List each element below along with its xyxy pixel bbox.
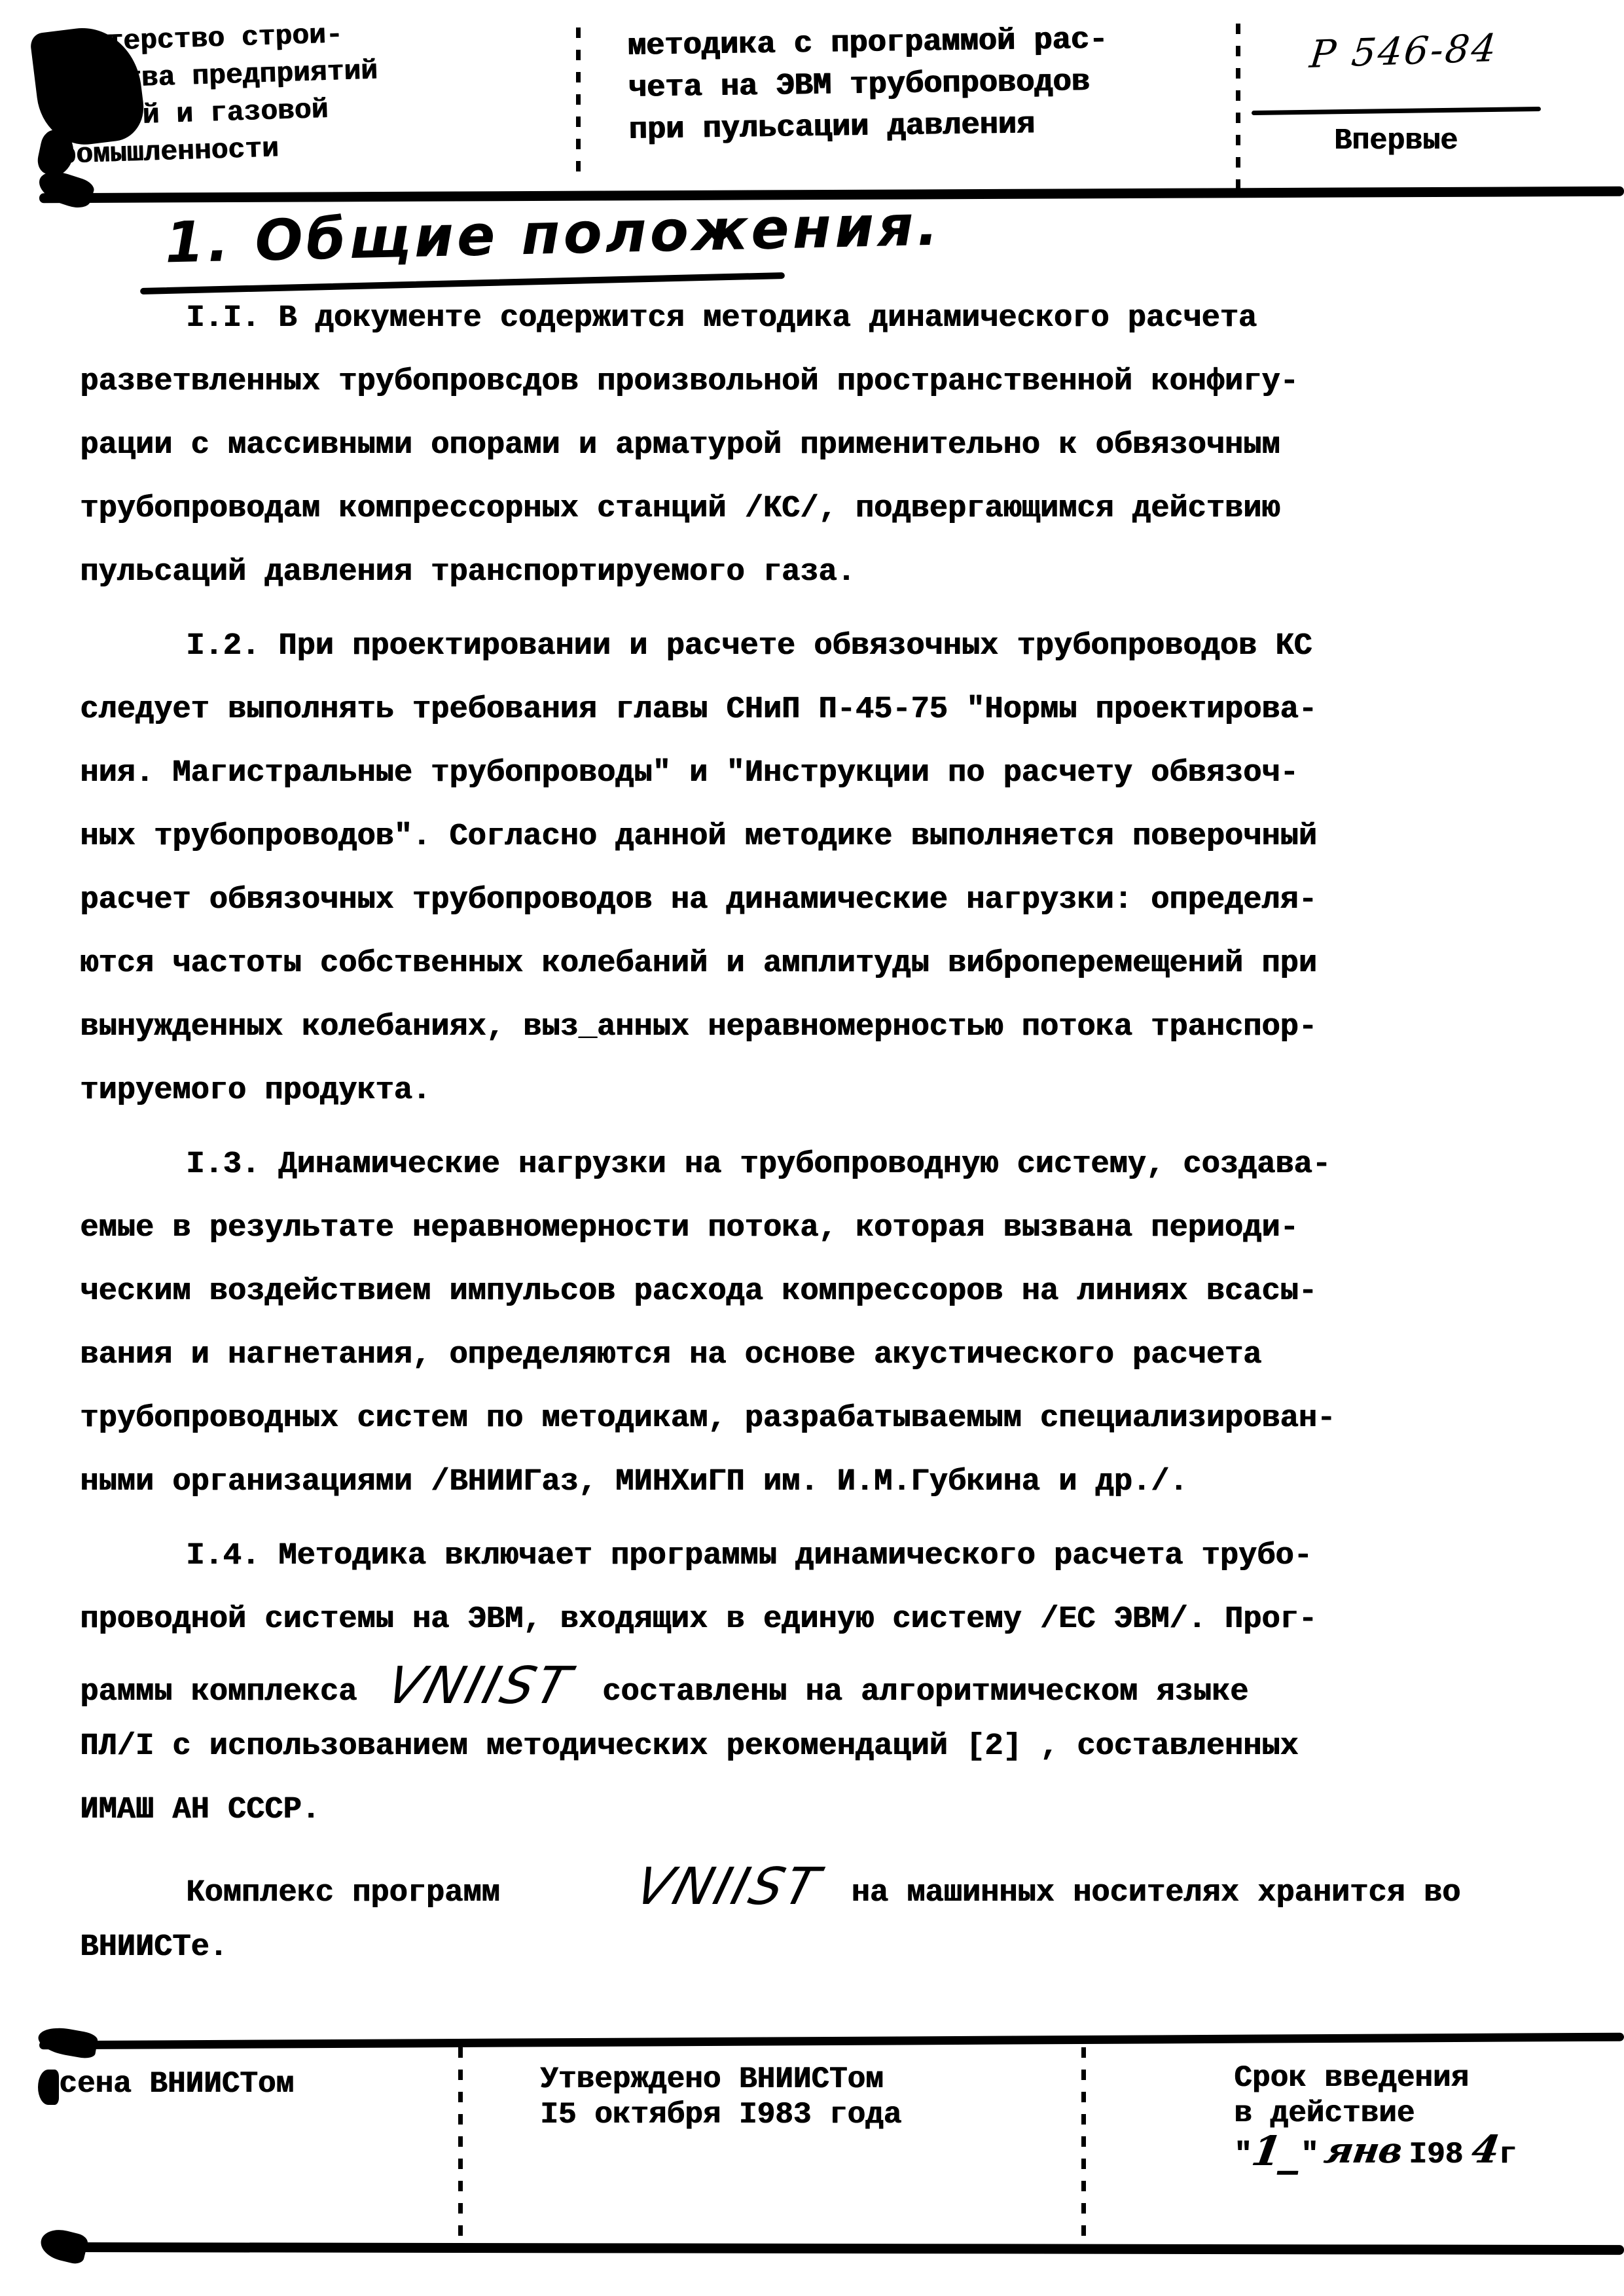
footer-divider-dashed-1 (458, 2047, 463, 2244)
title-line: при пульсации давления (628, 103, 1109, 152)
text-line: I.I. В документе содержится методика дин… (80, 287, 1415, 350)
text-line: трубопроводных систем по методикам, разр… (80, 1387, 1415, 1450)
text-line: разветвленных трубопровсдов произвольной… (80, 350, 1415, 414)
scan-mark-footer-left (38, 2070, 59, 2105)
header-divider-dashed-2 (1236, 24, 1240, 188)
text-line-with-program-name: Комплекс программVNIISTна машинных носит… (80, 1852, 1415, 1916)
footer-rule-bottom (47, 2242, 1624, 2255)
document-body: I.I. В документе содержится методика дин… (80, 287, 1415, 1990)
paragraph-1-2: I.2. При проектировании и расчете обвязо… (80, 615, 1415, 1122)
doc-number-underline (1252, 107, 1541, 115)
line-part-post: составлены на алгоритмическом языке (602, 1675, 1248, 1710)
document-number-handwritten: Р 546-84 (1308, 26, 1500, 77)
date-year-digit-handwritten: 4 (1470, 2132, 1502, 2167)
text-line: проводной системы на ЭВМ, входящих в еди… (80, 1588, 1415, 1651)
header-document-title: методика с программой рас- чета на ЭВМ т… (627, 20, 1109, 152)
date-year: I98 (1409, 2138, 1463, 2172)
footer-date-line: "1_"янвI984г (1234, 2131, 1517, 2172)
date-suffix: г (1498, 2138, 1517, 2172)
footer-approved-by: Утверждено ВНИИСТом I5 октября I983 года (540, 2062, 901, 2132)
section-heading-handwritten: 1. Общие положения. (164, 193, 942, 276)
paragraph-1-1: I.I. В документе содержится методика дин… (80, 287, 1415, 604)
text-line: вынужденных колебаниях, выз_анных неравн… (80, 996, 1415, 1059)
status-label: Впервые (1334, 124, 1458, 158)
text-line: ются частоты собственных колебаний и амп… (80, 932, 1415, 996)
text-line: трубопроводам компрессорных станций /КС/… (80, 477, 1415, 541)
date-month-handwritten: янв (1322, 2132, 1405, 2168)
text-line: рации с массивными опорами и арматурой п… (80, 414, 1415, 477)
quote-mark: " (1301, 2138, 1319, 2172)
paragraph-1-3: I.3. Динамические нагрузки на трубопрово… (80, 1133, 1415, 1514)
line-part-post: на машинных носителях хранится во (851, 1876, 1460, 1910)
text-line: ных трубопроводов". Согласно данной мето… (80, 805, 1415, 869)
header-divider-dashed-1 (576, 27, 581, 177)
text-line: ПЛ/I с использованием методических реком… (80, 1715, 1415, 1778)
footer-divider-dashed-2 (1081, 2047, 1086, 2244)
text-line: ВНИИСТе. (80, 1916, 1415, 1979)
text-line: вания и нагнетания, определяются на осно… (80, 1323, 1415, 1387)
header-organization: нистерство строи- ельства предприятий фт… (55, 15, 380, 174)
text-line: тируемого продукта. (80, 1059, 1415, 1122)
text-line: емые в результате неравномерности потока… (80, 1196, 1415, 1260)
footer-effective-line: в действие (1234, 2096, 1517, 2131)
footer-effective-line: Срок введения (1234, 2060, 1517, 2096)
text-line-with-program-name: раммы комплексаVNIISTсоставлены на алгор… (80, 1651, 1415, 1715)
program-name-handwritten: VNIIST (380, 1655, 579, 1718)
text-line: ния. Магистральные трубопроводы" и "Инст… (80, 742, 1415, 805)
text-line: пульсаций давления транспортируемого газ… (80, 541, 1415, 604)
date-day-handwritten: 1_ (1249, 2134, 1303, 2169)
footer-approved-line: I5 октября I983 года (540, 2097, 901, 2132)
text-line: I.2. При проектировании и расчете обвязо… (80, 615, 1415, 678)
footer-effective-date: Срок введения в действие "1_"янвI984г (1234, 2060, 1517, 2172)
text-line: следует выполнять требования главы СНиП … (80, 678, 1415, 742)
text-line: ИМАШ АН СССР. (80, 1778, 1415, 1842)
line-part-pre: раммы комплекса (80, 1675, 357, 1710)
line-part-pre: Комплекс программ (186, 1876, 499, 1910)
text-line: расчет обвязочных трубопроводов на динам… (80, 869, 1415, 932)
title-line: чета на ЭВМ трубопроводов (628, 62, 1108, 110)
scanned-document-page: нистерство строи- ельства предприятий фт… (0, 0, 1624, 2296)
footer-approved-line: Утверждено ВНИИСТом (540, 2062, 901, 2097)
program-name-handwritten: VNIIST (522, 1856, 828, 1919)
paragraph-1-4: I.4. Методика включает программы динамич… (80, 1524, 1415, 1842)
text-line: ческим воздействием импульсов расхода ко… (80, 1260, 1415, 1323)
text-line: I.4. Методика включает программы динамич… (80, 1524, 1415, 1588)
paragraph-closing: Комплекс программVNIISTна машинных носит… (80, 1852, 1415, 1979)
title-line: методика с программой рас- (627, 20, 1108, 68)
footer-submitted-by: сена ВНИИСТом (59, 2067, 294, 2101)
text-line: I.3. Динамические нагрузки на трубопрово… (80, 1133, 1415, 1196)
text-line: ными организациями /ВНИИГаз, МИНХиГП им.… (80, 1450, 1415, 1514)
footer-rule-top (39, 2033, 1624, 2050)
